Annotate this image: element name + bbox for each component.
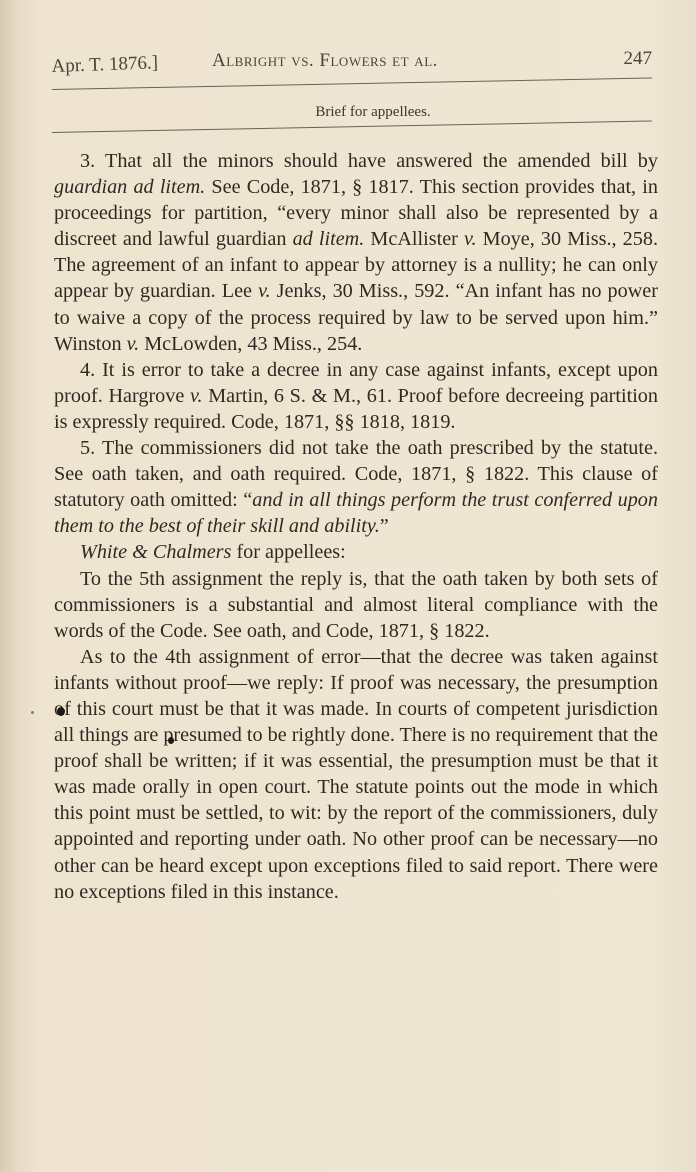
text-segment: 3. That all the minors should have answe… [80,150,658,172]
text-segment: McLowden, 43 Miss., 254. [139,333,362,355]
italic-segment: White & Chalmers [80,541,231,563]
paragraph-p4: 4. It is error to take a decree in any c… [54,357,658,435]
italic-segment: ad litem. [293,228,365,250]
italic-segment: v. [127,333,140,355]
text-segment: ” [380,515,389,537]
header-rule-top [52,77,652,90]
text-segment: for appellees: [231,541,345,563]
italic-segment: v. [464,228,477,250]
speck [31,711,34,714]
case-title: Albright vs. Flowers et al. [212,50,438,72]
header-rule-bottom [52,120,652,133]
running-head: Apr. T. 1876.] Albright vs. Flowers et a… [52,48,652,78]
paragraph-p3: 3. That all the minors should have answe… [54,148,658,357]
italic-segment: guardian ad litem. [54,176,205,198]
italic-segment: v. [190,385,203,407]
paragraph-p7: To the 5th assignment the reply is, that… [54,566,658,644]
body-text: 3. That all the minors should have answe… [54,148,658,905]
text-segment: McAllister [364,228,464,250]
paragraph-p8: As to the 4th assignment of error—that t… [54,644,658,905]
text-segment: As to the 4th assignment of error—that t… [54,646,658,903]
book-page: Apr. T. 1876.] Albright vs. Flowers et a… [0,0,696,1172]
term-label: Apr. T. 1876.] [51,52,158,78]
section-subheading: Brief for appellees. [0,104,696,121]
ink-blot [57,707,65,716]
text-segment: To the 5th assignment the reply is, that… [54,568,658,642]
paragraph-p6: White & Chalmers for appellees: [54,539,658,565]
ink-blot [168,737,174,744]
italic-segment: v. [258,280,271,302]
page-number: 247 [624,48,653,70]
paragraph-p5: 5. The commissioners did not take the oa… [54,435,658,539]
